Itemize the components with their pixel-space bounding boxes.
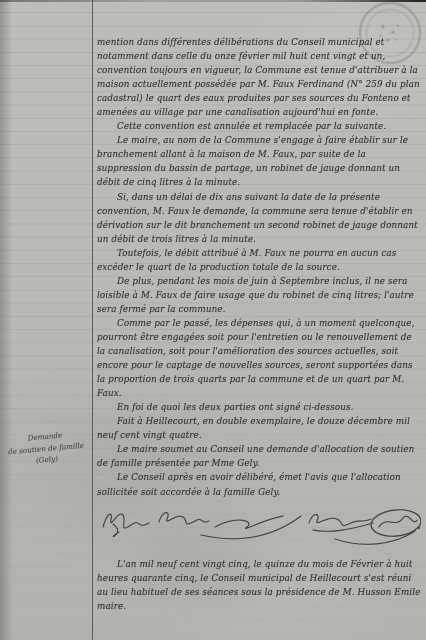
illegible-signatures-icon <box>97 501 421 547</box>
deliberation-text: mention dans différentes délibérations d… <box>97 36 421 614</box>
paragraph: Le maire soumet au Conseil une demande d… <box>97 443 421 471</box>
scan-edge-top <box>0 0 426 2</box>
paragraph: Le maire, au nom de la Commune s'engage … <box>97 134 421 190</box>
paragraph: Le Conseil après en avoir délibéré, émet… <box>97 471 421 499</box>
scanned-register-page: Demande de soutien de famille (Gely) men… <box>0 0 426 640</box>
margin-note: Demande de soutien de famille (Gely) <box>2 427 91 469</box>
paragraph: Cette convention est annulée et remplacé… <box>97 120 421 134</box>
scan-shadow-left <box>0 0 12 640</box>
paragraph: Si, dans un délai de dix ans suivant la … <box>97 191 421 247</box>
paragraph: Fait à Heillecourt, en double exemplaire… <box>97 415 421 443</box>
paragraph: De plus, pendant les mois de juin à Sept… <box>97 275 421 317</box>
paragraph-continuation: mention dans différentes délibérations d… <box>97 36 421 120</box>
paragraph-session-opening: L'an mil neuf cent vingt cinq, le quinze… <box>97 558 421 614</box>
paragraph: Toutefois, le débit attribué à M. Faux n… <box>97 247 421 275</box>
signatures-block <box>97 501 421 547</box>
paragraph: En foi de quoi les deux parties ont sign… <box>97 401 421 415</box>
paragraph: Comme par le passé, les dépenses qui, à … <box>97 317 421 401</box>
margin-rule-line <box>92 0 93 640</box>
